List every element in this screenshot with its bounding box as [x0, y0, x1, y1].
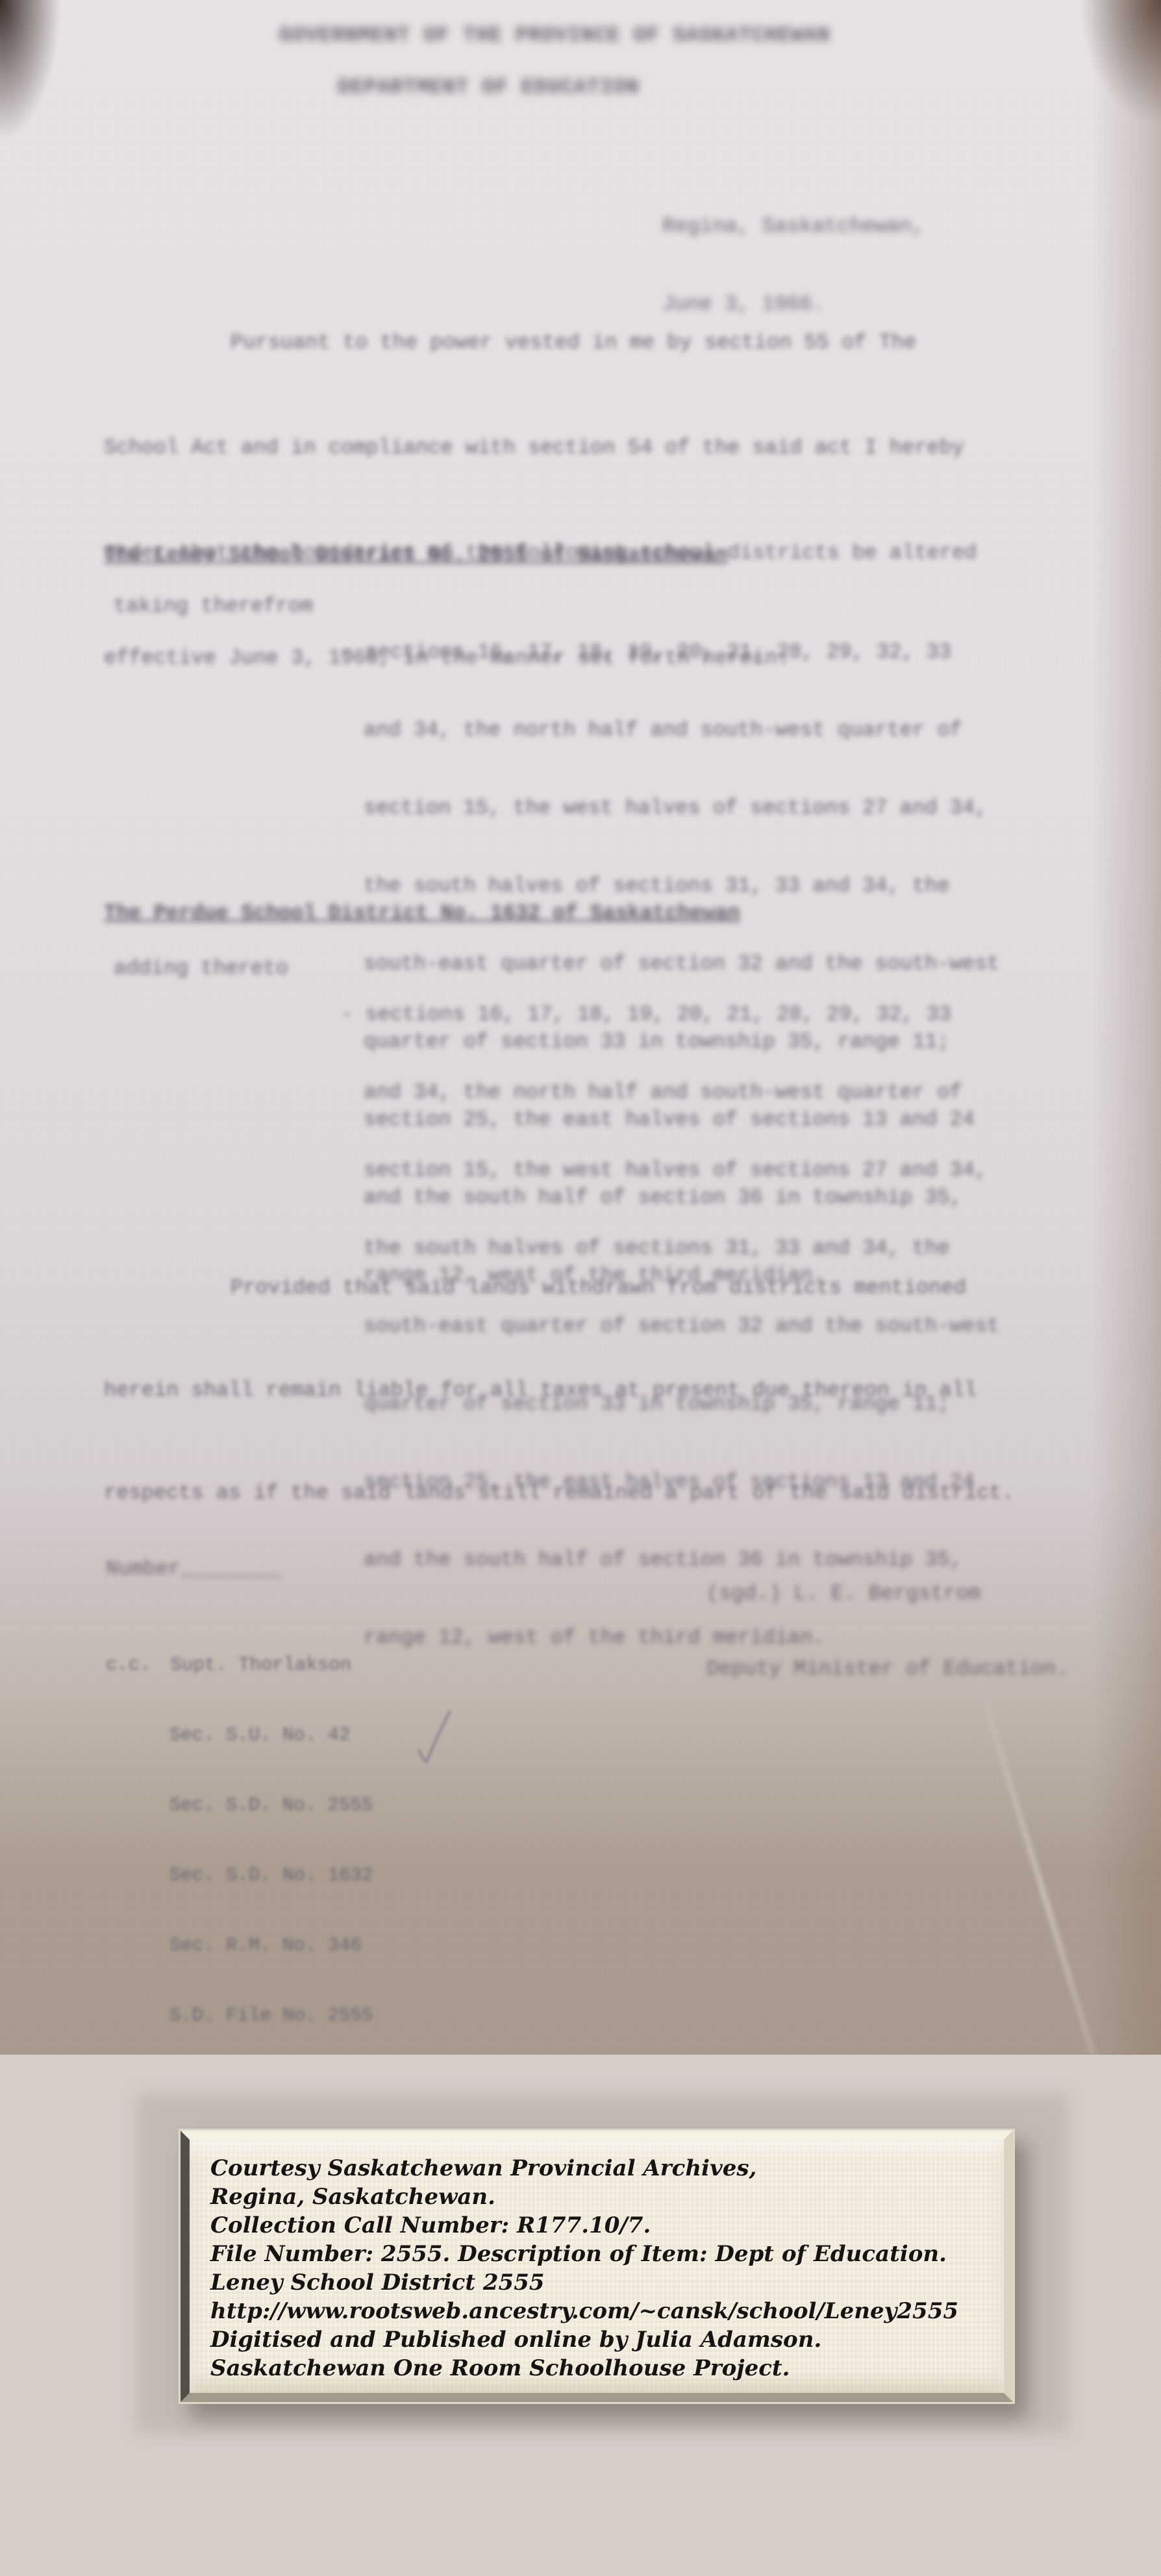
proviso-line: herein shall remain liable for all taxes… [104, 1363, 1014, 1418]
land-line: section 15, the west halves of sections … [364, 793, 999, 823]
district-2-heading: The Perdue School District No. 1632 of S… [104, 901, 740, 925]
cc-line: S.D. File No. 2555 [106, 2002, 373, 2029]
signature-block: (sgd.) L. E. Bergstrom Deputy Minister o… [706, 1532, 1068, 1731]
letterhead-line-1: GOVERNMENT OF THE PROVINCE OF SASKATCHEW… [279, 23, 830, 47]
caption-line: Collection Call Number: R177.10/7. [210, 2211, 983, 2240]
land-line: and 34, the north half and south-west qu… [364, 715, 999, 745]
caption-line: File Number: 2555. Description of Item: … [210, 2240, 983, 2268]
land-line: the south halves of sections 31, 33 and … [364, 871, 999, 901]
number-blank: Number________ [106, 1557, 281, 1581]
cc-label: c.c. [106, 1654, 151, 1676]
cc-line: Sec. S.U. No. 42 [106, 1722, 373, 1749]
adding-thereto-label: adding thereto [114, 956, 288, 980]
cc-line: Sec. S.D. No. 2555 [106, 1792, 373, 1819]
caption-plate: Courtesy Saskatchewan Provincial Archive… [181, 2131, 1013, 2402]
cc-line: Sec. S.D. No. 1632 [106, 1862, 373, 1889]
land-line: - sections 16, 17, 18, 19, 20, 21, 28, 2… [340, 638, 999, 667]
taking-therefrom-label: taking therefrom [114, 594, 313, 618]
signature-title: Deputy Minister of Education. [706, 1655, 1068, 1683]
proviso-line: respects as if the said lands still rema… [104, 1466, 1014, 1520]
caption-line: Courtesy Saskatchewan Provincial Archive… [210, 2154, 983, 2183]
land-line: - sections 16, 17, 18, 19, 20, 21, 28, 2… [340, 1000, 999, 1030]
cc-line: Sec. R.M. No. 346 [106, 1932, 373, 1959]
proviso-paragraph: Provided that said lands withdrawn from … [104, 1213, 1014, 1568]
caption-line: Leney School District 2555 [210, 2268, 983, 2297]
caption-line: Regina, Saskatchewan. [210, 2183, 983, 2211]
letterhead-line-2: DEPARTMENT OF EDUCATION [338, 75, 640, 99]
caption-line: Saskatchewan One Room Schoolhouse Projec… [210, 2354, 983, 2383]
cc-line: c.c.Supt. Thorlakson [106, 1652, 373, 1679]
district-1-heading: The Leney School District No. 2555 of Sa… [104, 543, 727, 567]
dateline-place: Regina, Saskatchewan, [662, 212, 924, 241]
handwritten-checkmark-icon [416, 1709, 453, 1768]
signature-name: (sgd.) L. E. Bergstrom [706, 1580, 1068, 1607]
land-line: section 15, the west halves of sections … [364, 1156, 999, 1185]
intro-line: School Act and in compliance with sectio… [104, 419, 977, 477]
caption-url: http://www.rootsweb.ancestry.com/~cansk/… [210, 2297, 983, 2325]
document-photo: GOVERNMENT OF THE PROVINCE OF SASKATCHEW… [0, 0, 1161, 2055]
cc-recipient: Supt. Thorlakson [171, 1654, 351, 1676]
caption-line: Digitised and Published online by Julia … [210, 2325, 983, 2354]
land-line: and 34, the north half and south-west qu… [364, 1078, 999, 1108]
intro-line: Pursuant to the power vested in me by se… [231, 314, 977, 371]
screenshot: GOVERNMENT OF THE PROVINCE OF SASKATCHEW… [0, 0, 1161, 2576]
caption-footer: Courtesy Saskatchewan Provincial Archive… [0, 2055, 1161, 2576]
proviso-line: Provided that said lands withdrawn from … [231, 1261, 1014, 1315]
caption-plate-inner: Courtesy Saskatchewan Provincial Archive… [190, 2140, 1004, 2393]
